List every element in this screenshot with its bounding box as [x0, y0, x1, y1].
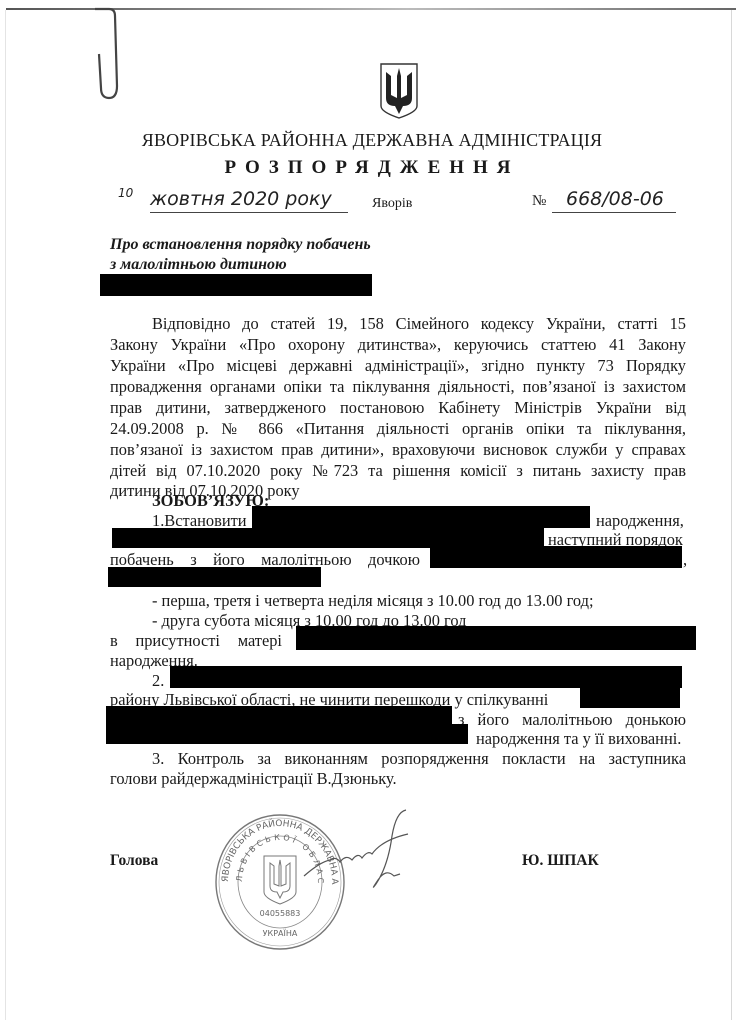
item3-line2: голови райдержадміністрації В.Дзюньку. — [110, 769, 397, 789]
redacted-block — [106, 724, 468, 744]
date-day: 10 — [118, 186, 133, 200]
item3-line1: 3. Контроль за виконанням розпорядження … — [152, 749, 686, 769]
redacted-block — [112, 528, 544, 548]
redacted-block — [170, 666, 682, 688]
preamble-line: 24.09.2008 р. № 866 «Питання діяльності … — [110, 419, 686, 439]
schedule-item: - перша, третя і четверта неділя місяця … — [152, 591, 594, 611]
preamble-line: пов’язаної із захистом прав дитини», вра… — [110, 440, 686, 460]
redacted-block — [106, 706, 452, 726]
city: Яворів — [372, 196, 412, 212]
signer-title: Голова — [110, 852, 158, 870]
preamble-line: прав дитини, затвердженого постановою Ка… — [110, 398, 686, 418]
item2-start: 2. — [152, 671, 164, 691]
number-sign: № — [532, 193, 546, 210]
subject-line-1: Про встановлення порядку побачень — [110, 236, 371, 254]
organization-name: ЯВОРІВСЬКА РАЙОННА ДЕРЖАВНА АДМІНІСТРАЦІ… — [0, 130, 744, 151]
document-number: 668/08-06 — [566, 188, 664, 210]
item1-end1: народження, — [596, 511, 684, 531]
preamble-line: Закону України «Про охорону дитинства», … — [110, 335, 686, 355]
preamble-line: провадження органами опіки та піклування… — [110, 377, 686, 397]
signer-name: Ю. ШПАК — [522, 852, 599, 870]
date-handwritten: жовтня 2020 року — [150, 188, 332, 210]
preamble-line: України «Про місцеві державні адміністра… — [110, 356, 686, 376]
svg-text:УКРАЇНА: УКРАЇНА — [263, 928, 298, 938]
item1-comma: , — [683, 550, 687, 570]
redacted-block — [252, 506, 590, 528]
item2-line4-end: народження та у її вихованні. — [476, 729, 681, 749]
redacted-block — [430, 546, 682, 568]
coat-of-arms-icon — [379, 62, 419, 120]
preamble-line: дітей від 07.10.2020 року №723 та рішенн… — [110, 461, 686, 481]
item2-line3-end: з його малолітньою донькою — [458, 710, 686, 730]
number-underline — [552, 212, 676, 213]
date-underline — [150, 212, 348, 213]
presence-text: в присутності матері — [110, 631, 282, 651]
signature-icon — [300, 806, 420, 896]
subject-line-2: з малолітньою дитиною — [110, 256, 287, 274]
svg-text:04055883: 04055883 — [260, 909, 301, 918]
redacted-block — [580, 688, 680, 708]
redacted-block — [100, 274, 372, 296]
redacted-block — [108, 567, 321, 587]
preamble-line: Відповідно до статей 19, 158 Сімейного к… — [152, 314, 686, 334]
redacted-block — [296, 626, 696, 650]
document-type: РОЗПОРЯДЖЕННЯ — [0, 157, 744, 179]
paperclip-icon — [95, 6, 135, 106]
